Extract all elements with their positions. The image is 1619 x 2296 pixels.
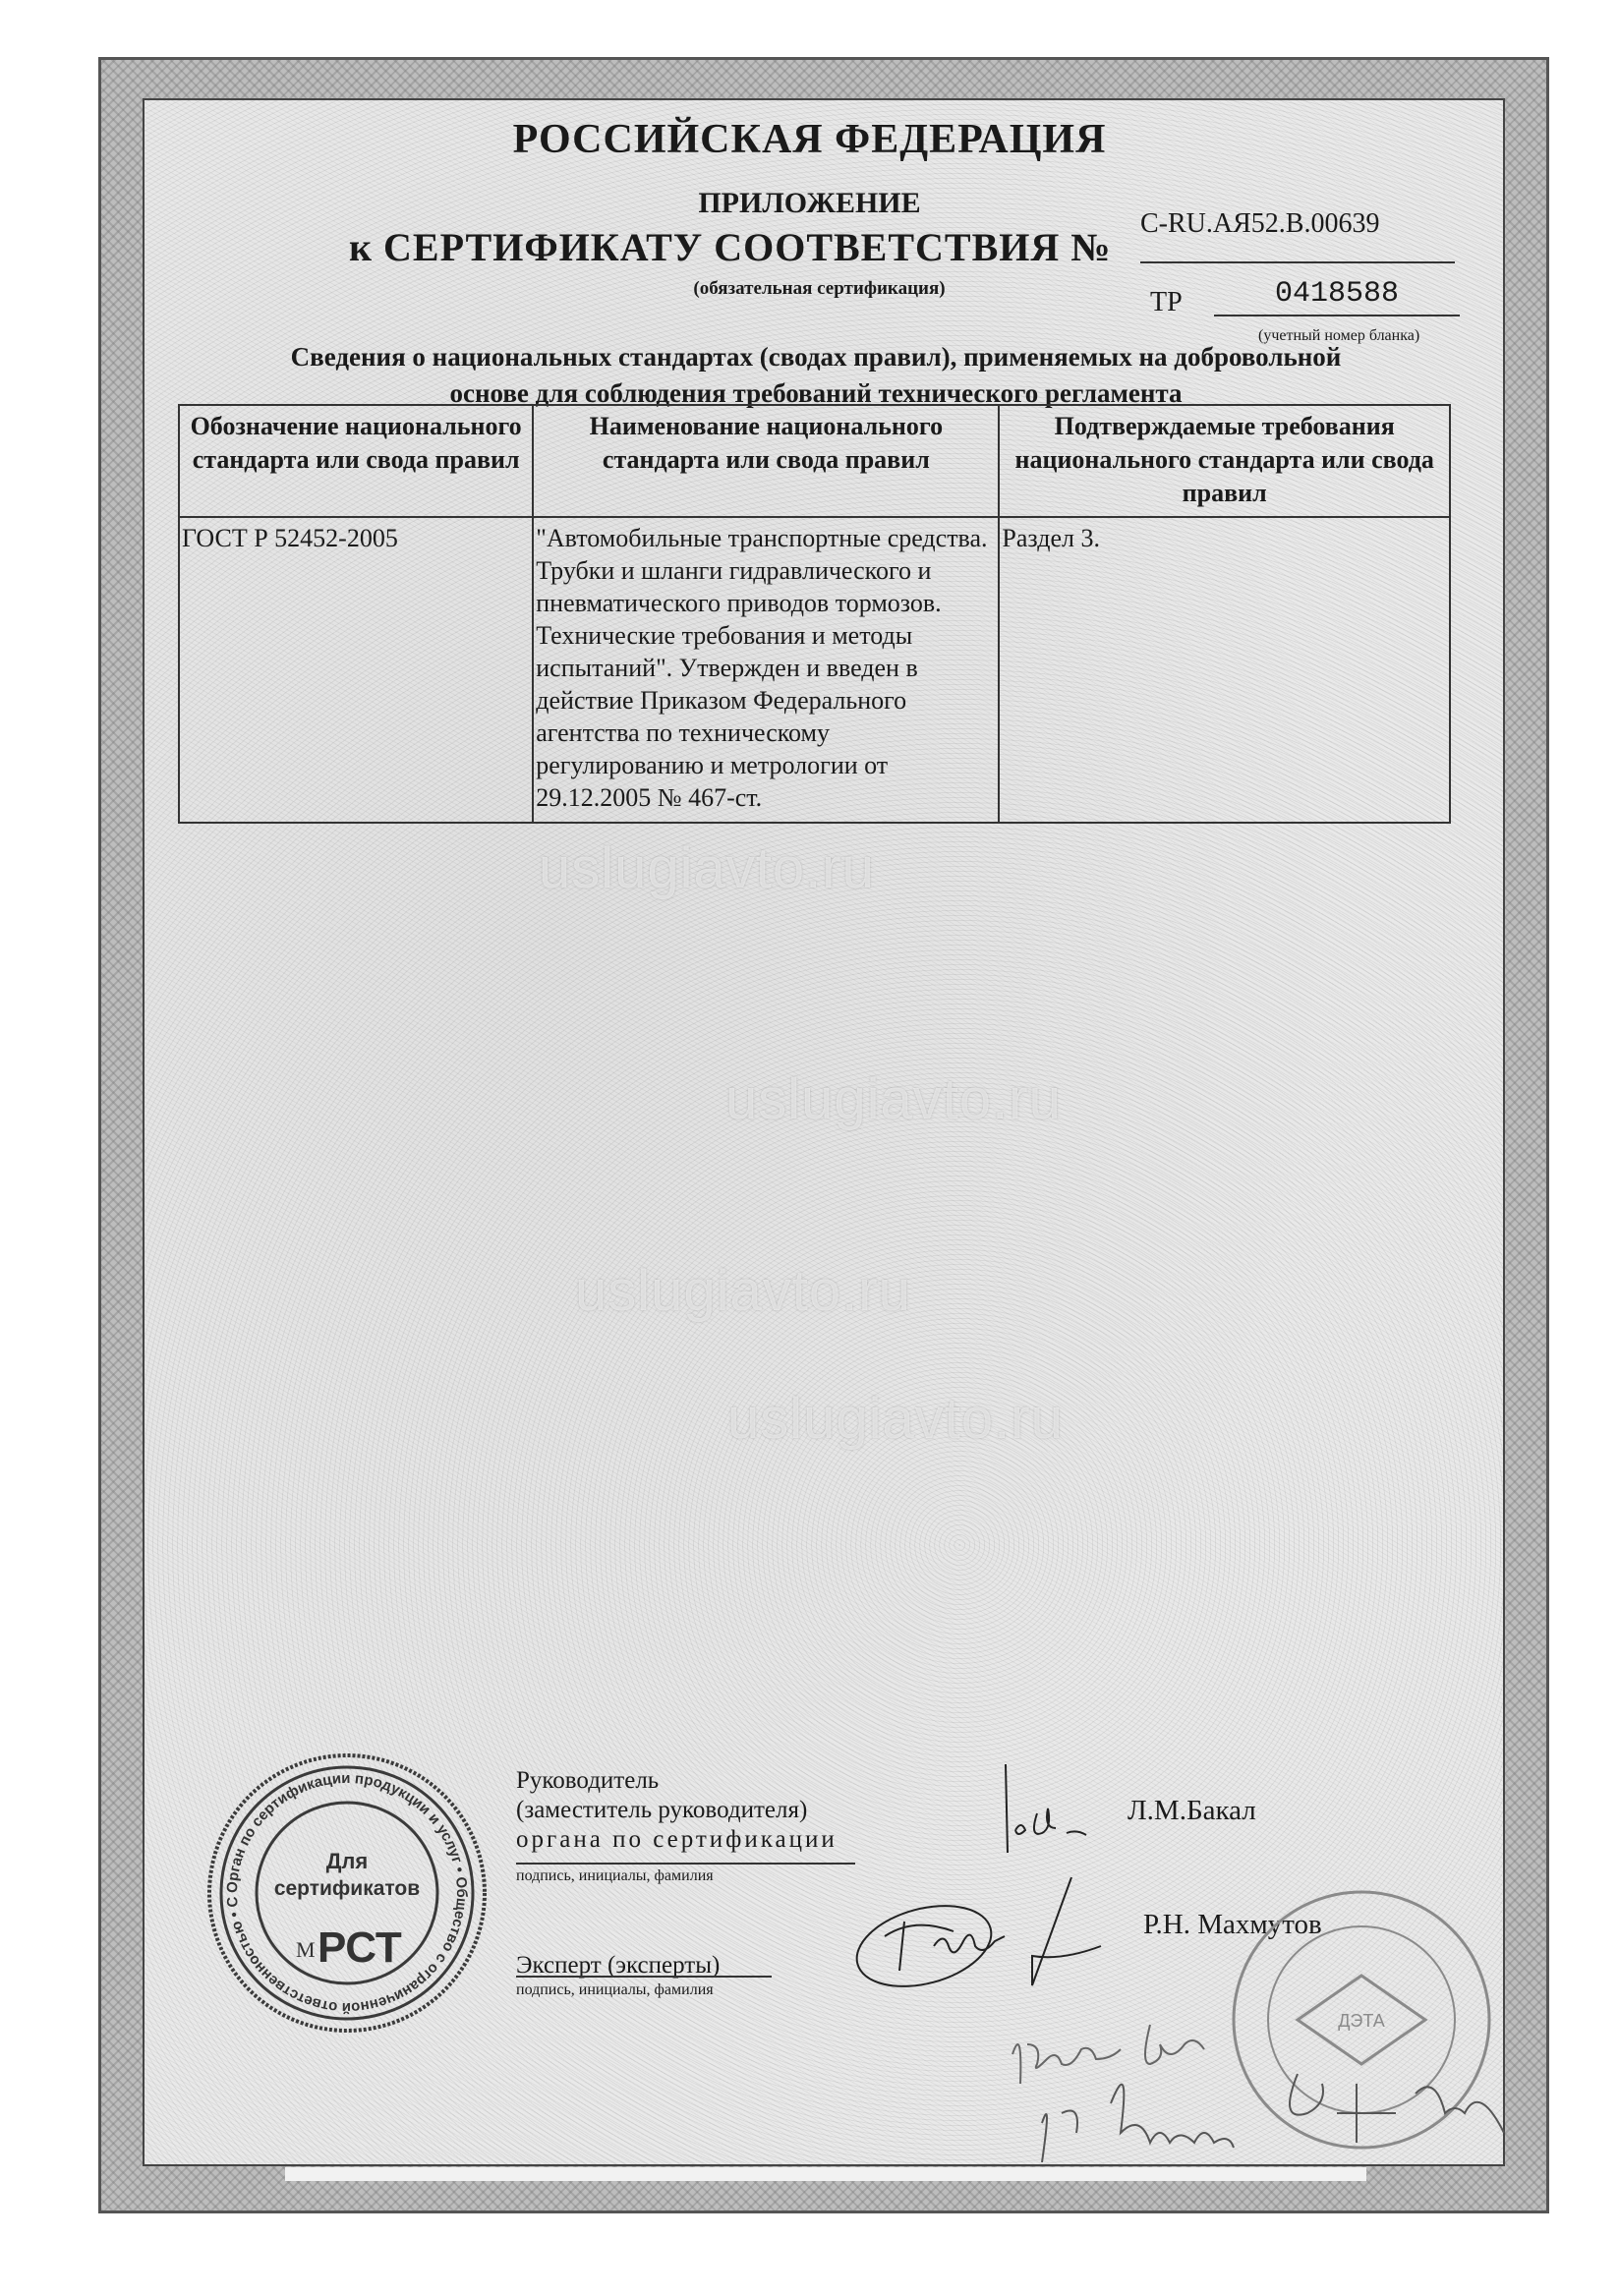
svg-text:М: М — [296, 1937, 316, 1962]
section-heading: Сведения о национальных стандартах (свод… — [177, 339, 1455, 412]
cell-name: "Автомобильные транспортные средства. Тр… — [533, 517, 999, 823]
form-imprint — [285, 2167, 1366, 2181]
head-label-line1: Руководитель — [516, 1766, 838, 1796]
watermark: uslugiavto.ru — [725, 1066, 1062, 1132]
table-row: ГОСТ Р 52452-2005 "Автомобильные транспо… — [179, 517, 1450, 823]
watermark: uslugiavto.ru — [539, 835, 875, 901]
form-number: 0418588 — [1214, 277, 1460, 316]
head-signature-scribble — [998, 1759, 1116, 1863]
cell-requirements: Раздел 3. — [999, 517, 1450, 823]
column-header-requirements: Подтверждаемые требования национального … — [999, 405, 1450, 517]
certification-body-seal: Орган по сертификации продукции и услуг … — [200, 1746, 494, 2040]
handwriting-icon — [1003, 2015, 1553, 2162]
expert-signature-caption: подпись, инициалы, фамилия — [516, 1981, 714, 1999]
head-signature-caption: подпись, инициалы, фамилия — [516, 1867, 714, 1885]
expert-signature-scribble — [845, 1877, 1140, 2010]
head-signature-rule — [516, 1863, 855, 1865]
table-header-row: Обозначение национального стандарта или … — [179, 405, 1450, 517]
country-title: РОССИЙСКАЯ ФЕДЕРАЦИЯ — [0, 116, 1619, 163]
head-label-line2: (заместитель руководителя) — [516, 1796, 838, 1825]
column-header-designation: Обозначение национального стандарта или … — [179, 405, 533, 517]
column-header-name: Наименование национального стандарта или… — [533, 405, 999, 517]
watermark: uslugiavto.ru — [575, 1258, 911, 1324]
section-heading-line1: Сведения о национальных стандартах (свод… — [177, 339, 1455, 375]
svg-text:сертификатов: сертификатов — [274, 1877, 420, 1900]
watermark: uslugiavto.ru — [727, 1386, 1064, 1452]
seal-icon: Орган по сертификации продукции и услуг … — [200, 1746, 494, 2040]
head-name: Л.М.Бакал — [1128, 1795, 1256, 1827]
expert-signature-rule — [516, 1976, 772, 1978]
svg-text:Для: Для — [326, 1849, 369, 1873]
cell-designation: ГОСТ Р 52452-2005 — [179, 517, 533, 823]
svg-text:РСТ: РСТ — [318, 1923, 402, 1972]
certificate-title: к СЕРТИФИКАТУ СООТВЕТСТВИЯ № — [349, 224, 1111, 270]
head-label-line3: органа по сертификации — [516, 1825, 838, 1855]
head-label: Руководитель (заместитель руководителя) … — [516, 1766, 838, 1855]
handwritten-note — [1003, 2015, 1553, 2167]
certificate-number: C-RU.АЯ52.В.00639 — [1140, 208, 1455, 263]
signature-icon — [845, 1877, 1140, 2005]
standards-table: Обозначение национального стандарта или … — [178, 404, 1451, 824]
signature-icon — [998, 1759, 1116, 1858]
form-prefix: ТР — [1150, 287, 1183, 318]
